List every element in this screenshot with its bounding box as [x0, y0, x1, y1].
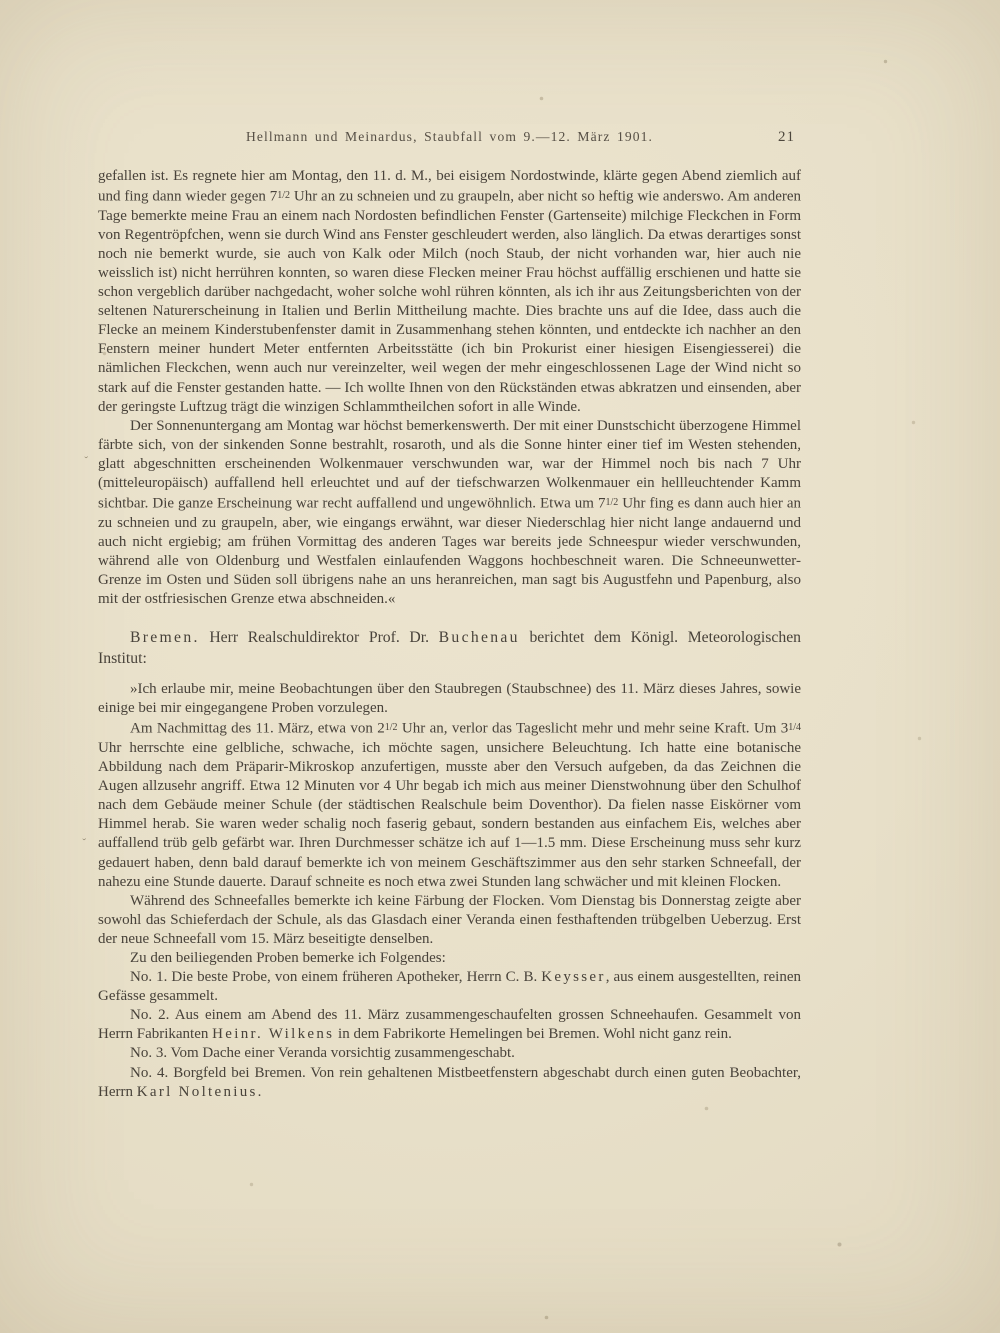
text-run: Am Nachmittag des 11. März, etwa von 2 [130, 721, 385, 737]
fraction: 1/2 [385, 722, 398, 733]
text-run: in dem Fabrikorte Hemelingen bei Bremen.… [334, 1026, 732, 1042]
text-run: »Ich erlaube mir, meine Beobachtungen üb… [98, 681, 801, 716]
letterspaced-name: Karl Noltenius [137, 1084, 258, 1100]
paragraph: Am Nachmittag des 11. März, etwa von 21/… [98, 718, 801, 891]
pencil-mark: ˇ [82, 837, 87, 849]
paragraph-continuation: gefallen ist. Es regnete hier am Montag,… [98, 167, 801, 417]
document-page: Hellmann und Meinardus, Staubfall vom 9.… [0, 0, 1000, 1333]
letterspaced-name: Buchenau [439, 629, 520, 646]
text-run: Herr Realschuldirektor Prof. Dr. [200, 629, 439, 646]
paragraph: Während des Schneefalles bemerkte ich ke… [98, 892, 801, 949]
document-body: gefallen ist. Es regnete hier am Montag,… [98, 167, 801, 1102]
text-run: Uhr fing es dann auch hier an zu schneie… [98, 496, 801, 607]
list-item-paragraph: No. 2. Aus einem am Abend des 11. März z… [98, 1006, 801, 1044]
paragraph: Zu den beiliegenden Proben bemerke ich F… [98, 949, 801, 968]
section-intro-paragraph: Bremen. Herr Realschuldirektor Prof. Dr.… [98, 627, 801, 669]
letterspaced-name: Keysser [541, 969, 605, 985]
fraction: 1/2 [605, 497, 618, 508]
text-run: Zu den beiliegenden Proben bemerke ich F… [130, 950, 446, 966]
paragraph: Der Sonnenuntergang am Montag war höchst… [98, 417, 801, 609]
page-number: 21 [778, 129, 795, 146]
running-header: Hellmann und Meinardus, Staubfall vom 9.… [98, 129, 801, 151]
paper-specks [0, 0, 3, 3]
text-run: No. 3. Vom Dache einer Veranda vorsichti… [130, 1045, 515, 1061]
fraction: 1/2 [277, 190, 290, 201]
text-run: Während des Schneefalles bemerkte ich ke… [98, 893, 801, 947]
paragraph: »Ich erlaube mir, meine Beobachtungen üb… [98, 680, 801, 718]
letterspaced-name: Heinr. Wilkens [212, 1026, 334, 1042]
running-title: Hellmann und Meinardus, Staubfall vom 9.… [98, 129, 801, 145]
text-run: No. 1. Die beste Probe, von einem früher… [130, 969, 541, 985]
list-item-paragraph: No. 4. Borgfeld bei Bremen. Von rein geh… [98, 1064, 801, 1102]
letterspaced-name: Bremen. [130, 629, 200, 646]
pencil-mark: ˇ [84, 455, 89, 467]
text-run: . [258, 1084, 262, 1100]
text-run: Uhr herrschte eine gelbliche, schwache, … [98, 740, 801, 890]
list-item-paragraph: No. 3. Vom Dache einer Veranda vorsichti… [98, 1044, 801, 1063]
text-run: Uhr an, verlor das Tageslicht mehr und m… [398, 721, 789, 737]
fraction: 1/4 [788, 722, 801, 733]
text-run: Uhr an zu schneien und zu graupeln, aber… [98, 189, 801, 415]
list-item-paragraph: No. 1. Die beste Probe, von einem früher… [98, 968, 801, 1006]
